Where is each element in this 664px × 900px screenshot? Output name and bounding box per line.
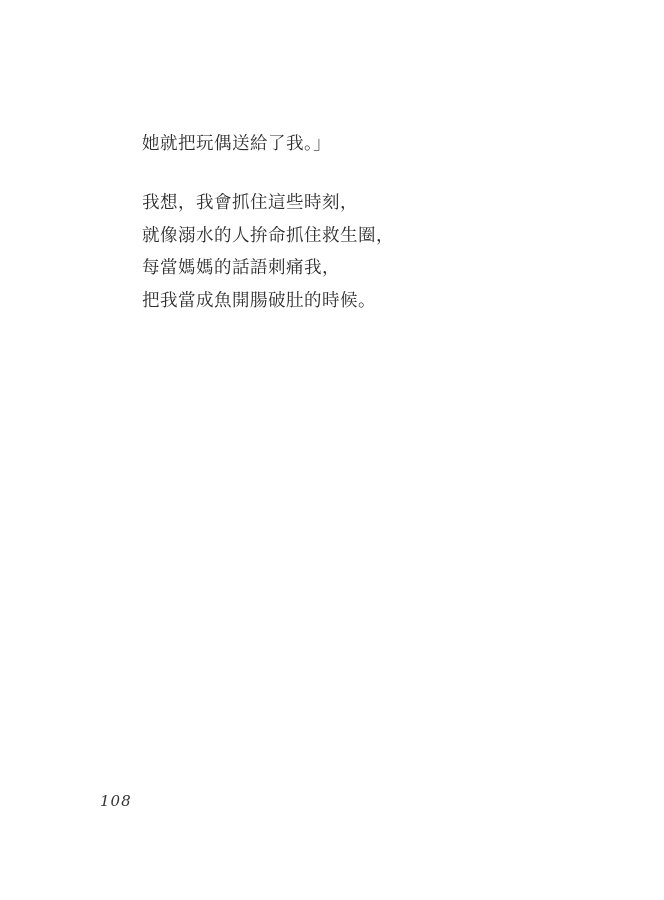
verse-line: 把我當成魚開腸破肚的時候。: [142, 284, 394, 317]
poem-stanza: 我想，我會抓住這些時刻， 就像溺水的人拚命抓住救生圈， 每當媽媽的話語刺痛我， …: [142, 186, 394, 316]
verse-line: 每當媽媽的話語刺痛我，: [142, 251, 394, 284]
verse-line: 我想，我會抓住這些時刻，: [142, 186, 394, 219]
closing-quote-line: 她就把玩偶送給了我。」: [142, 132, 331, 154]
book-page: 她就把玩偶送給了我。」 我想，我會抓住這些時刻， 就像溺水的人拚命抓住救生圈， …: [0, 0, 664, 900]
verse-line: 就像溺水的人拚命抓住救生圈，: [142, 219, 394, 252]
page-number: 108: [100, 792, 132, 810]
